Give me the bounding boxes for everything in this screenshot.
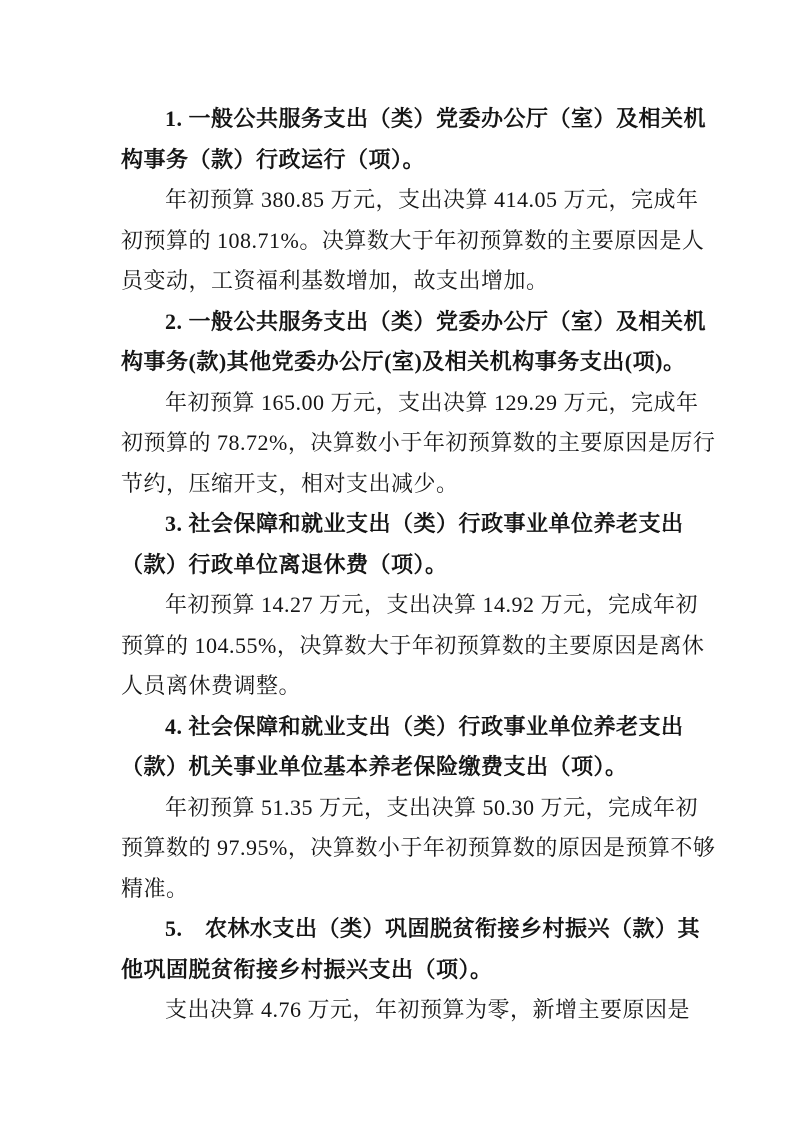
heading-line: 5. 农林水支出（类）巩固脱贫衔接乡村振兴（款）其 <box>121 909 679 950</box>
body-line: 支出决算 4.76 万元，年初预算为零，新增主要原因是 <box>121 990 679 1031</box>
section-4-heading: 4. 社会保障和就业支出（类）行政事业单位养老支出（款）机关事业单位基本养老保险… <box>121 707 679 788</box>
section-1-heading: 1. 一般公共服务支出（类）党委办公厅（室）及相关机构事务（款）行政运行（项）。 <box>121 99 679 180</box>
body-line: 预算的 104.55%，决算数大于年初预算数的主要原因是离休 <box>121 626 679 667</box>
heading-line: （款）行政单位离退休费（项）。 <box>121 545 679 586</box>
heading-line: 他巩固脱贫衔接乡村振兴支出（项）。 <box>121 950 679 991</box>
body-line: 人员离休费调整。 <box>121 666 679 707</box>
heading-line: 1. 一般公共服务支出（类）党委办公厅（室）及相关机 <box>121 99 679 140</box>
body-line: 初预算的 78.72%，决算数小于年初预算数的主要原因是厉行 <box>121 423 679 464</box>
heading-line: （款）机关事业单位基本养老保险缴费支出（项）。 <box>121 747 679 788</box>
section-5-paragraph: 支出决算 4.76 万元，年初预算为零，新增主要原因是 <box>121 990 679 1031</box>
body-line: 初预算的 108.71%。决算数大于年初预算数的主要原因是人 <box>121 221 679 262</box>
section-1-paragraph: 年初预算 380.85 万元，支出决算 414.05 万元，完成年初预算的 10… <box>121 180 679 302</box>
report-body: 1. 一般公共服务支出（类）党委办公厅（室）及相关机构事务（款）行政运行（项）。… <box>121 99 679 1031</box>
section-3-paragraph: 年初预算 14.27 万元，支出决算 14.92 万元，完成年初预算的 104.… <box>121 585 679 707</box>
section-2-paragraph: 年初预算 165.00 万元，支出决算 129.29 万元，完成年初预算的 78… <box>121 383 679 505</box>
heading-line: 构事务（款）行政运行（项）。 <box>121 140 679 181</box>
section-3-heading: 3. 社会保障和就业支出（类）行政事业单位养老支出（款）行政单位离退休费（项）。 <box>121 504 679 585</box>
section-2-heading: 2. 一般公共服务支出（类）党委办公厅（室）及相关机构事务(款)其他党委办公厅(… <box>121 302 679 383</box>
body-line: 精准。 <box>121 869 679 910</box>
body-line: 预算数的 97.95%，决算数小于年初预算数的原因是预算不够 <box>121 828 679 869</box>
body-line: 年初预算 380.85 万元，支出决算 414.05 万元，完成年 <box>121 180 679 221</box>
body-line: 节约，压缩开支，相对支出减少。 <box>121 464 679 505</box>
body-line: 年初预算 14.27 万元，支出决算 14.92 万元，完成年初 <box>121 585 679 626</box>
section-4-paragraph: 年初预算 51.35 万元，支出决算 50.30 万元，完成年初预算数的 97.… <box>121 788 679 910</box>
heading-line: 4. 社会保障和就业支出（类）行政事业单位养老支出 <box>121 707 679 748</box>
heading-line: 3. 社会保障和就业支出（类）行政事业单位养老支出 <box>121 504 679 545</box>
body-line: 年初预算 51.35 万元，支出决算 50.30 万元，完成年初 <box>121 788 679 829</box>
section-5-heading: 5. 农林水支出（类）巩固脱贫衔接乡村振兴（款）其他巩固脱贫衔接乡村振兴支出（项… <box>121 909 679 990</box>
heading-line: 构事务(款)其他党委办公厅(室)及相关机构事务支出(项)。 <box>121 342 679 383</box>
body-line: 年初预算 165.00 万元，支出决算 129.29 万元，完成年 <box>121 383 679 424</box>
document-page: 1. 一般公共服务支出（类）党委办公厅（室）及相关机构事务（款）行政运行（项）。… <box>0 0 793 1122</box>
heading-line: 2. 一般公共服务支出（类）党委办公厅（室）及相关机 <box>121 302 679 343</box>
body-line: 员变动，工资福利基数增加，故支出增加。 <box>121 261 679 302</box>
